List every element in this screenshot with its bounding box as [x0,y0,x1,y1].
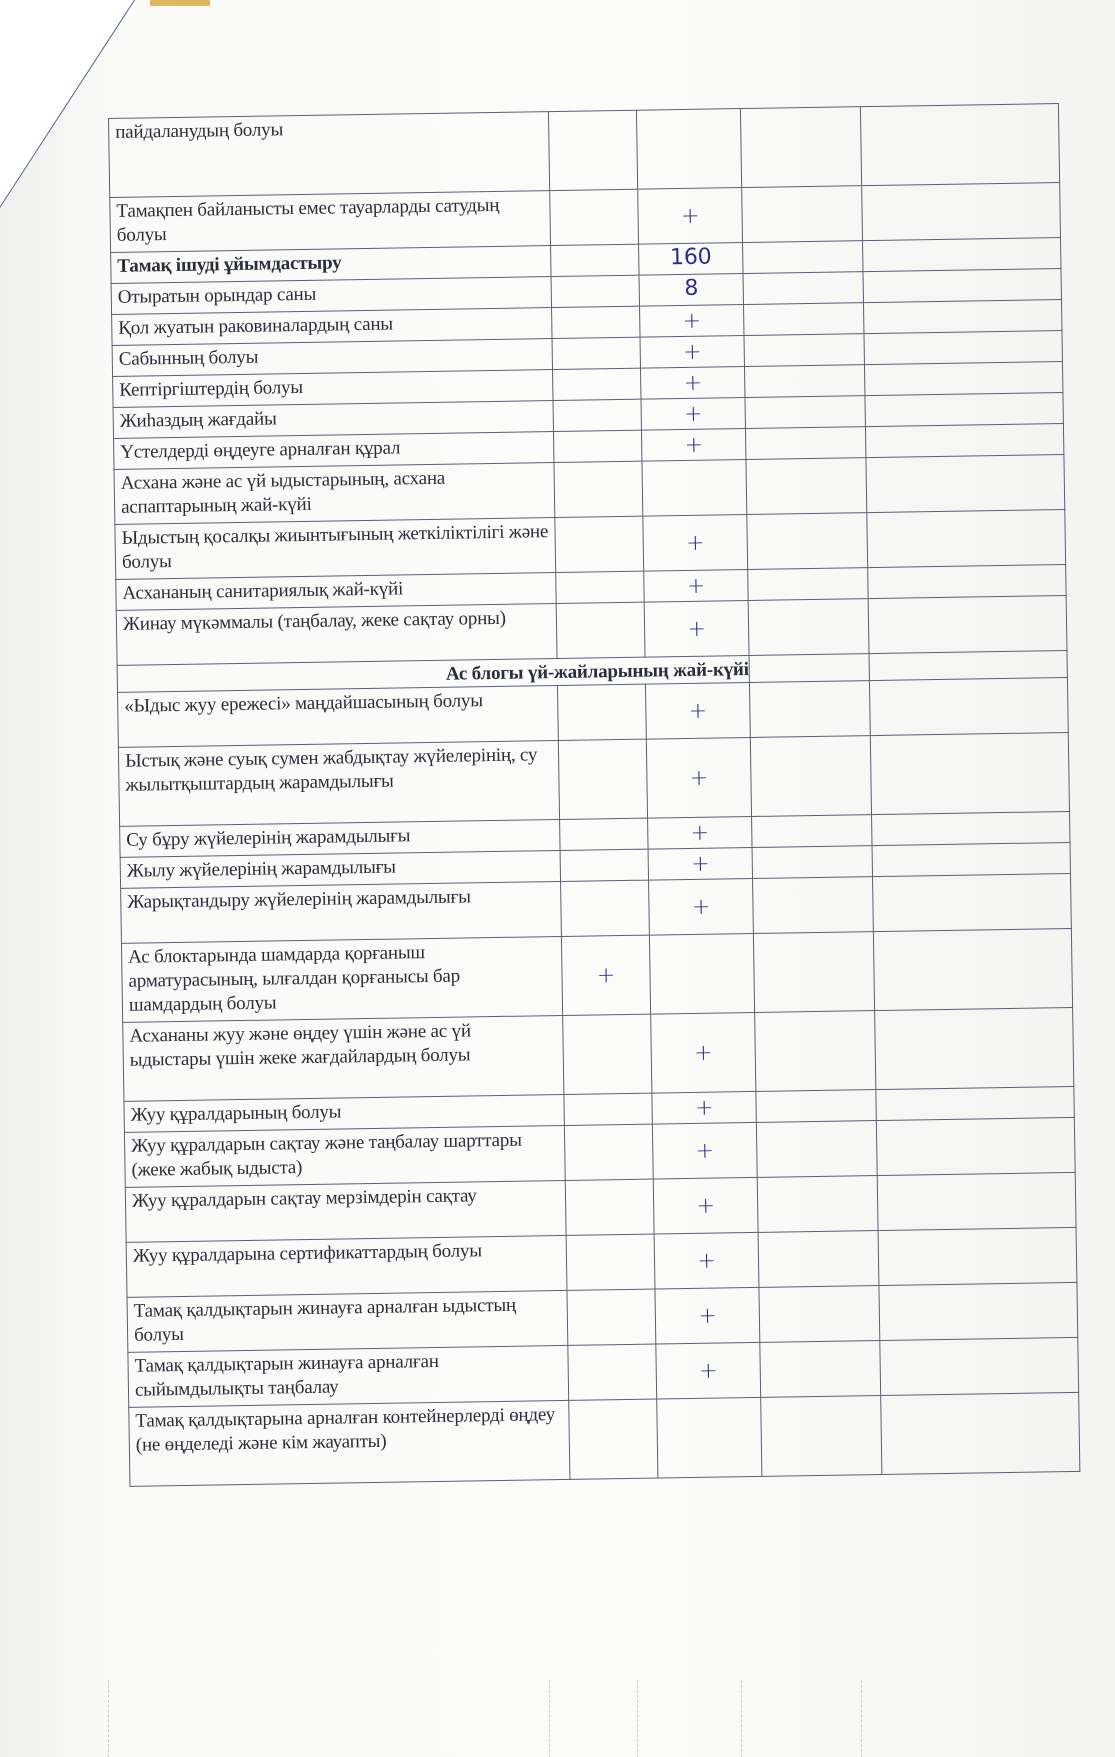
mark-cell-col3: + [640,367,744,400]
empty-cell [745,396,865,429]
mark-cell-col2 [566,1234,655,1290]
mark-cell-col3: + [652,1122,757,1179]
item-description: пайдаланудың болуы [109,112,550,198]
empty-cell [748,599,869,656]
empty-cell [869,651,1067,681]
mark-cell-col3: + [649,878,754,935]
scanned-page: пайдаланудың болуыТамақпен байланысты ем… [0,0,1115,1757]
empty-cell [748,568,868,601]
table-row: Ыстық және суық сумен жабдықтау жүйелері… [118,732,1069,826]
mark-cell-col2 [565,1179,654,1235]
mark-cell-col2 [553,430,641,462]
empty-cell [756,1121,877,1178]
empty-cell [869,677,1068,735]
empty-cell [757,1176,878,1233]
mark-cell-col3 [657,1397,762,1478]
handwritten-number: 8 [639,274,743,307]
empty-cell [756,1090,876,1123]
empty-cell [881,1392,1080,1474]
empty-cell [879,1282,1078,1340]
empty-cell [743,241,863,274]
empty-cell [753,932,874,1013]
empty-cell [872,811,1070,845]
empty-cell [864,331,1062,365]
mark-cell-col3: + [645,682,750,739]
item-description: Тамақпен байланысты емес тауарларды сату… [110,191,551,253]
mark-cell-col3: + [651,1012,756,1093]
empty-cell [877,1172,1076,1230]
empty-cell [760,1341,881,1398]
mark-cell-col2 [551,275,639,307]
empty-cell [880,1337,1079,1395]
empty-cell [866,455,1065,513]
empty-cell [752,846,872,879]
mark-cell-col3: + [644,570,748,603]
mark-cell-col3: + [641,398,745,431]
table-tail-lines [108,1680,1059,1757]
empty-cell [878,1227,1077,1285]
empty-cell [876,1117,1075,1175]
mark-cell-col2 [552,337,640,369]
mark-cell-col3: + [640,336,744,369]
checklist-table: пайдаланудың болуыТамақпен байланысты ем… [108,103,1080,1487]
empty-cell [873,873,1072,931]
mark-cell-col2 [555,516,644,572]
mark-cell-col2 [558,739,647,819]
mark-cell-col3: + [648,847,752,880]
mark-cell-col3: + [644,601,749,658]
item-description: Жинау мүкәммалы (таңбалау, жеке сақтау о… [116,604,557,666]
mark-cell-col2 [560,818,648,850]
empty-cell [746,458,867,515]
empty-cell [744,365,864,398]
empty-cell [865,393,1063,427]
checklist-body: пайдаланудың болуыТамақпен байланысты ем… [109,104,1080,1487]
empty-cell [743,272,863,305]
mark-cell-col2 [567,1289,656,1345]
table-row: Ас блоктарында шамдарда қорғаныш арматур… [121,928,1072,1022]
mark-cell-col3: + [654,1232,759,1289]
empty-cell [758,1231,879,1288]
mark-cell-col2 [561,880,650,936]
mark-cell-col2 [557,684,646,740]
mark-cell-col2 [552,306,640,338]
empty-cell [744,334,864,367]
tape-strip [150,0,210,6]
empty-cell [876,1086,1074,1120]
empty-cell [761,1396,882,1477]
empty-cell [868,565,1066,599]
item-description: Тамақ қалдықтарына арналған контейнерлер… [129,1400,570,1486]
mark-cell-col2 [554,461,643,517]
empty-cell [873,928,1072,1010]
mark-cell-col3: + [640,305,744,338]
empty-cell [759,1286,880,1343]
mark-cell-col2 [564,1093,652,1125]
empty-cell [747,513,868,570]
empty-cell [875,1007,1074,1089]
item-description: Асхананы жуу және өңдеу үшін және ас үй … [123,1015,564,1101]
mark-cell-col3: + [638,188,743,245]
empty-cell [749,681,870,738]
empty-cell [868,596,1067,654]
item-description: Тамақ қалдықтарын жинауға арналған ыдыст… [127,1290,568,1352]
item-description: Жуу құралдарын сақтау мерзімдерін сақтау [125,1180,566,1242]
empty-cell [867,510,1066,568]
mark-cell-col2 [564,1124,653,1180]
mark-cell-col2 [560,849,648,881]
empty-cell [755,1011,876,1092]
mark-cell-col3: + [641,429,745,462]
item-description: Жарықтандыру жүйелерінің жарамдылығы [121,881,562,943]
mark-cell-col2 [556,571,644,603]
mark-cell-col2 [548,110,637,190]
item-description: «Ыдыс жуу ережесі» маңдайшасының болуы [118,686,559,748]
mark-cell-col2 [568,1344,657,1400]
mark-cell-col3: + [648,816,752,849]
mark-cell-col3: + [646,737,751,818]
empty-cell [752,815,872,848]
empty-cell [863,269,1061,303]
table-row: Асхананы жуу және өңдеу үшін және ас үй … [123,1007,1074,1101]
item-description: Жуу құралдарына сертификаттардың болуы [126,1235,567,1297]
empty-cell [744,303,864,336]
item-description: Ыдыстың қосалқы жиынтығының жеткіліктілі… [115,518,556,580]
empty-cell [863,300,1061,334]
item-description: Асхана және ас үй ыдыстарының, асхана ас… [114,463,555,525]
empty-cell [870,732,1069,814]
empty-cell [865,424,1063,458]
table-row: пайдаланудың болуы [109,104,1060,198]
mark-cell-col2 [556,602,645,658]
empty-cell [860,104,1059,186]
mark-cell-col3: + [652,1091,756,1124]
mark-cell-col3: + [656,1342,761,1399]
empty-cell [749,654,869,683]
mark-cell-col3 [636,109,741,190]
item-description: Тамақ қалдықтарын жинауға арналған сыйым… [128,1345,569,1407]
mark-cell-col3: + [655,1287,760,1344]
item-description: Жуу құралдарын сақтау және таңбалау шарт… [124,1125,565,1187]
empty-cell [750,736,871,817]
item-description: Ас блоктарында шамдарда қорғаныш арматур… [121,936,562,1022]
mark-cell-col2 [550,189,639,245]
mark-cell-col3: + [643,515,748,572]
mark-cell-col2 [553,368,641,400]
empty-cell [745,427,865,460]
mark-cell-col3: + [653,1177,758,1234]
item-description: Ыстық және суық сумен жабдықтау жүйелері… [118,741,559,827]
mark-cell-col2 [551,244,639,276]
empty-cell [740,107,861,188]
mark-cell-col3 [642,460,747,517]
empty-cell [753,877,874,934]
mark-cell-col3 [649,933,754,1014]
empty-cell [864,362,1062,396]
empty-cell [872,842,1070,876]
mark-cell-col2 [563,1014,652,1094]
checklist-table-wrapper: пайдаланудың болуыТамақпен байланысты ем… [108,103,1079,1487]
handwritten-number: 160 [639,243,743,276]
mark-cell-col2: + [561,935,650,1015]
empty-cell [742,186,863,243]
empty-cell [862,183,1061,241]
empty-cell [863,238,1061,272]
mark-cell-col2 [553,399,641,431]
mark-cell-col2 [569,1399,658,1479]
table-row: Тамақ қалдықтарына арналған контейнерлер… [129,1392,1080,1486]
